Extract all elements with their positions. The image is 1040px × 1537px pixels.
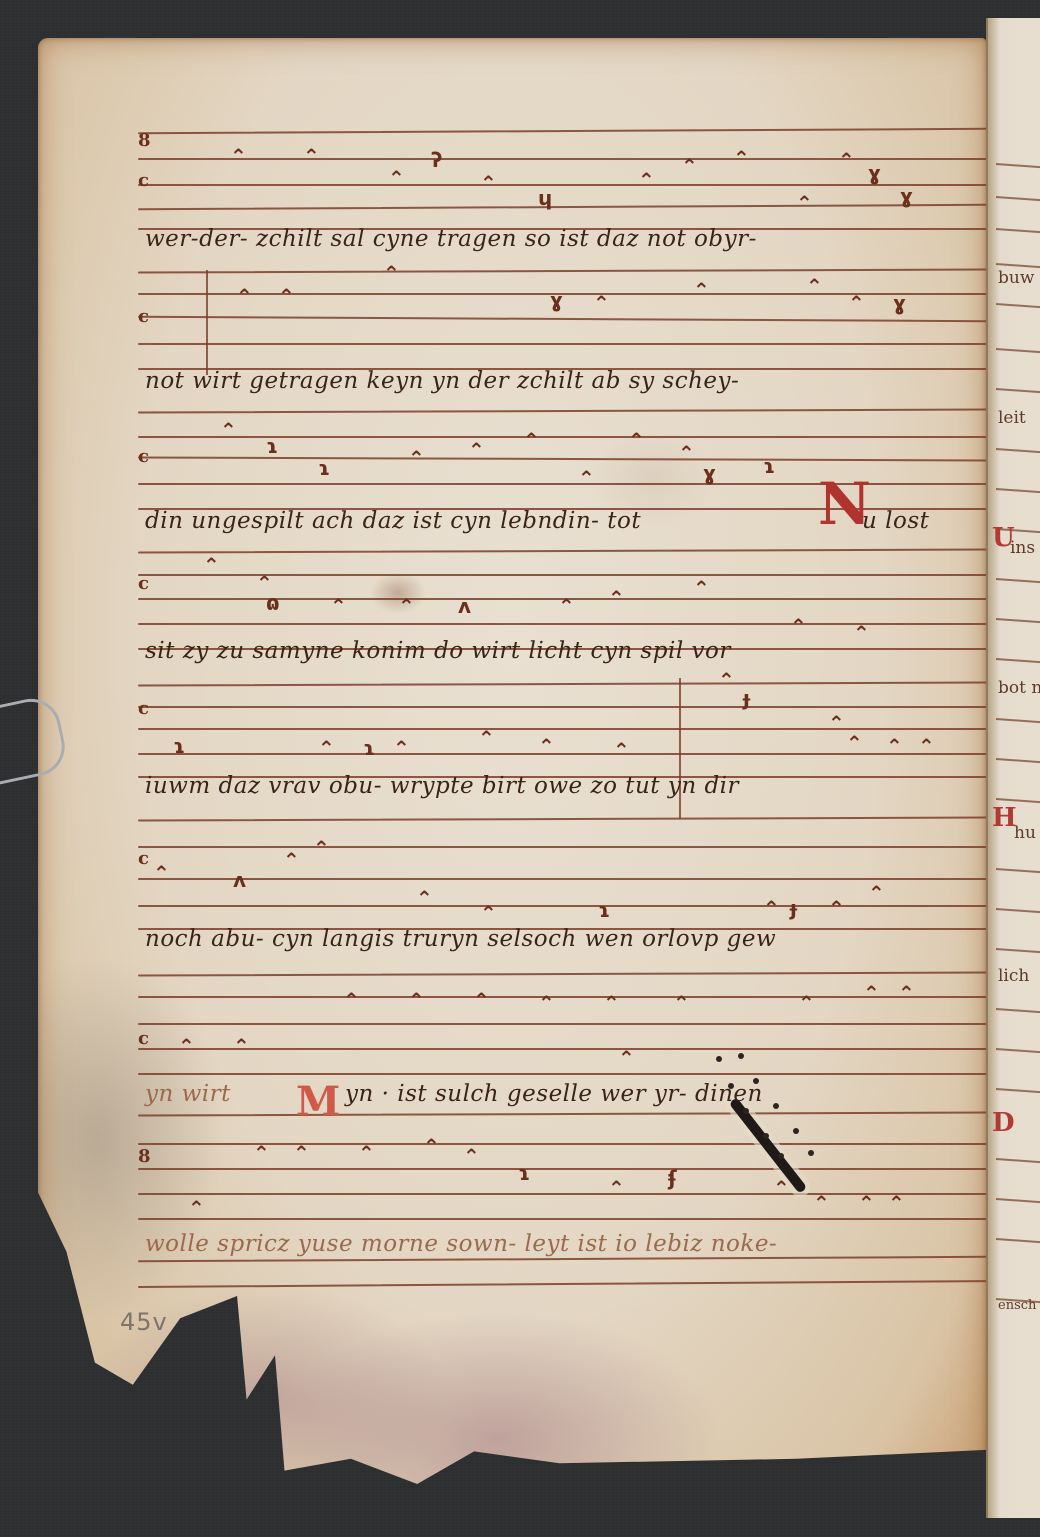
folio-number: 45v: [120, 1308, 168, 1336]
text-line-5: iuwm daz vrav obu- wrypte birt owe zo tu…: [145, 773, 739, 799]
neighbor-fragment: buw: [998, 268, 1034, 288]
clef-c-icon: c: [138, 170, 149, 191]
neighbor-fragment: ensch: [998, 1298, 1036, 1313]
neighbor-initial: H: [992, 803, 1017, 833]
neighbor-fragment: ins z: [1010, 538, 1040, 558]
text-line-3: din ungespilt ach daz ist cyn lebndin- t…: [145, 508, 641, 534]
text-line-1: wer-der- zchilt sal cyne tragen so ist d…: [145, 226, 757, 252]
text-line-3-continuation: u lost: [862, 508, 929, 534]
neighbor-fragment: leit: [998, 408, 1026, 428]
text-line-7-continuation: yn · ist sulch geselle wer yr- dinen: [345, 1081, 763, 1107]
rubric-initial-m: M: [296, 1078, 340, 1125]
clef-c-icon: c: [138, 698, 149, 719]
clef-c-icon: c: [138, 848, 149, 869]
text-line-6: noch abu- cyn langis truryn selsoch wen …: [145, 926, 776, 952]
text-line-8: wolle spricz yuse morne sown- leyt ist i…: [145, 1231, 777, 1257]
neighbor-fragment: lich: [998, 966, 1029, 986]
clef-c-icon: c: [138, 1028, 149, 1049]
neighbor-page: buw leit U ins z bot n H hu le lich D en…: [986, 18, 1040, 1518]
text-line-4: sit zy zu samyne konim do wirt licht cyn…: [145, 638, 731, 664]
clef-c-icon: c: [138, 446, 149, 467]
text-line-2: not wirt getragen keyn yn der zchilt ab …: [145, 368, 739, 394]
clef-c-icon: c: [138, 573, 149, 594]
neighbor-fragment: hu le: [1014, 823, 1040, 843]
clef-f-icon: 8: [138, 1146, 151, 1167]
text-line-7: yn wirt: [145, 1081, 231, 1107]
clef-f-icon: 8: [138, 130, 151, 151]
neighbor-initial: D: [992, 1108, 1015, 1138]
neighbor-fragment: bot n: [998, 678, 1040, 698]
clef-c-icon: c: [138, 306, 149, 327]
